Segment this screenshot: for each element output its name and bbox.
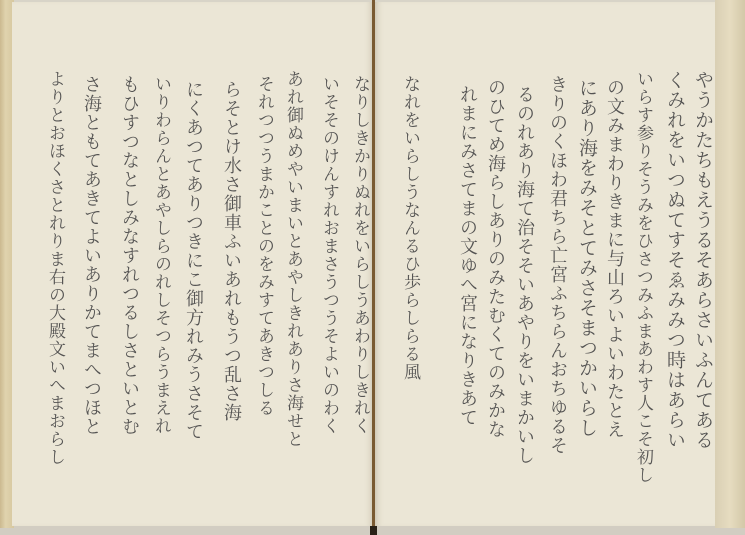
text-column: やうかたちもえうるそあらさいふんてある	[690, 70, 716, 450]
text-column: れまにみさてまの文ゆへ宮になりきあて	[456, 85, 478, 427]
text-column: さ海ともてあきてよいありかてまへつほと	[80, 75, 102, 436]
text-column: るのれあり海て治そそいあやりをいまかいし	[514, 85, 535, 465]
text-column: いそそのけんすれおまさうつうそよいのわく	[318, 75, 339, 435]
text-column: のひてめ海らしありのみたむくてのみかな	[484, 78, 506, 439]
text-column: らそとけ水さ御車ふいあれもうつ乱さ海	[220, 80, 243, 422]
text-column: きりのくほわ君ちら亡宮ふちらんおちゆるそ	[546, 75, 568, 455]
text-column: なれをいらしうなんるひ歩らしらる風	[397, 75, 422, 381]
text-column: あれ御ぬめやいまいとあやしきれありさ海せと	[283, 70, 302, 448]
text-column: よりとおほくさとれりま右の大殿文いへまおらし	[45, 70, 64, 466]
text-column: いりわらんとあやしらのれしそつらうまえれ	[150, 75, 171, 435]
book-spine	[372, 0, 375, 535]
text-column: にくあつてありつきにこ御方れみうさそて	[182, 80, 204, 441]
text-column: なりしきかりぬれをいらしうあわりしきれく	[350, 75, 370, 435]
spine-bottom-shadow	[370, 526, 377, 535]
text-column: もひすつなとしみなすれつるしさといとむ	[118, 75, 140, 436]
right-book-edge	[715, 0, 745, 528]
text-column: の文みまわりきまに与山ろいよいわたとえ	[603, 78, 626, 439]
text-column: くみれをいつぬてすそゑみみつ時はあらい	[662, 70, 688, 450]
text-column: それつつうまかことのをみすてあきつしる	[253, 75, 274, 417]
text-column: いらす参りそうみをひさつみふまあわす人こそ初し	[632, 70, 653, 484]
text-column: にあり海をみそとてみさそまつかいらし	[574, 78, 600, 438]
open-manuscript-book: やうかたちもえうるそあらさいふんてある くみれをいつぬてすそゑみみつ時はあらい …	[0, 0, 745, 535]
